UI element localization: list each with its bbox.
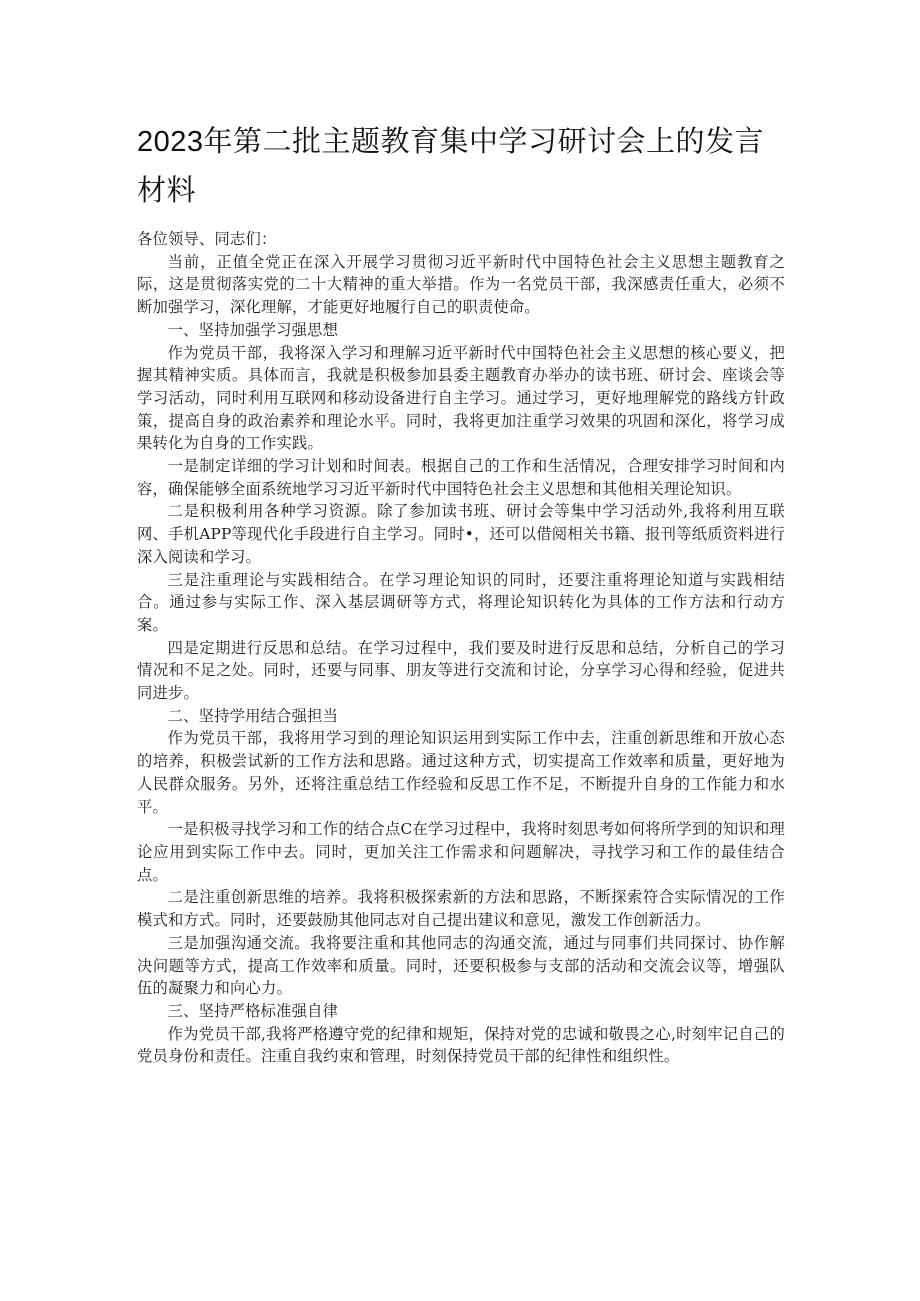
- section-heading-3: 三、坚持严格标准强自律: [137, 1000, 785, 1023]
- paragraph: 作为党员干部，我将用学习到的理论知识运用到实际工作中去，注重创新思维和开放心态的…: [137, 727, 785, 818]
- paragraph: 一是制定详细的学习计划和时间表。根据自己的工作和生活情况，合理安排学习时间和内容…: [137, 455, 785, 500]
- salutation: 各位领导、同志们：: [137, 228, 785, 251]
- paragraph: 作为党员干部，我将深入学习和理解习近平新时代中国特色社会主义思想的核心要义，把握…: [137, 342, 785, 456]
- paragraph: 三是加强沟通交流。我将要注重和其他同志的沟通交流，通过与同事们共同探讨、协作解决…: [137, 932, 785, 1000]
- document-body: 各位领导、同志们： 当前，正值全党正在深入开展学习贯彻习近平新时代中国特色社会主…: [137, 228, 785, 1068]
- intro-paragraph: 当前，正值全党正在深入开展学习贯彻习近平新时代中国特色社会主义思想主题教育之际，…: [137, 251, 785, 319]
- section-heading-1: 一、坚持加强学习强思想: [137, 319, 785, 342]
- paragraph: 四是定期进行反思和总结。在学习过程中，我们要及时进行反思和总结，分析自己的学习情…: [137, 637, 785, 705]
- paragraph: 三是注重理论与实践相结合。在学习理论知识的同时，还要注重将理论知道与实践相结合。…: [137, 569, 785, 637]
- document-page: 2023年第二批主题教育集中学习研讨会上的发言材料 各位领导、同志们： 当前，正…: [137, 118, 785, 1068]
- paragraph: 二是积极利用各种学习资源。除了参加读书班、研讨会等集中学习活动外,我将利用互联网…: [137, 500, 785, 568]
- paragraph: 二是注重创新思维的培养。我将积极探索新的方法和思路，不断探索符合实际情况的工作模…: [137, 886, 785, 931]
- paragraph: 作为党员干部,我将严格遵守党的纪律和规矩，保持对党的忠诚和敬畏之心,时刻牢记自己…: [137, 1023, 785, 1068]
- paragraph: 一是积极寻找学习和工作的结合点C在学习过程中，我将时刻思考如何将所学到的知识和理…: [137, 818, 785, 886]
- section-heading-2: 二、坚持学用结合强担当: [137, 705, 785, 728]
- document-title: 2023年第二批主题教育集中学习研讨会上的发言材料: [137, 118, 785, 216]
